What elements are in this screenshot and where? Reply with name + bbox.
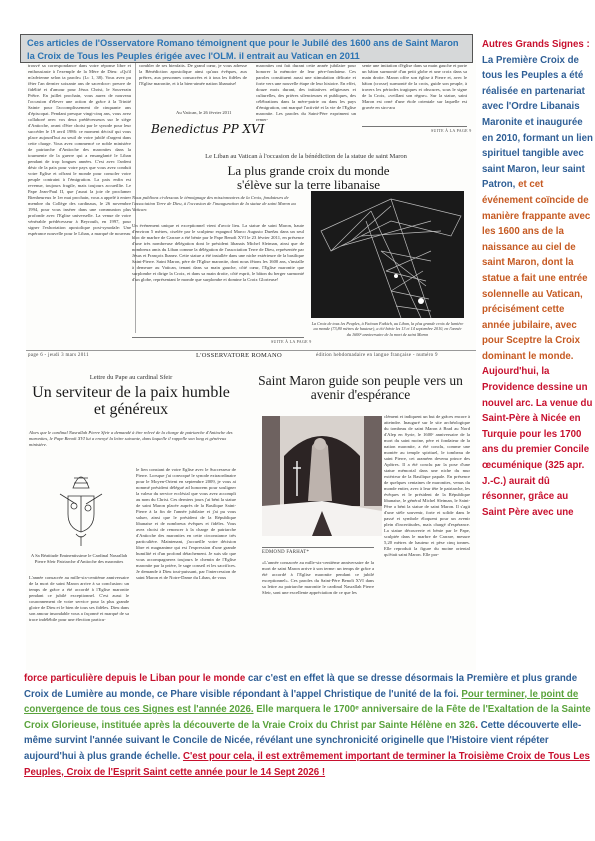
dateline: Au Vatican, le 26 février 2011	[176, 110, 256, 116]
bottom-text-red-start: force particulière depuis le Liban pour …	[24, 673, 245, 684]
sidebar-heading: Autres Grands Signes :	[482, 39, 590, 50]
banner-text: Ces articles de l'Osservatore Romano tém…	[27, 38, 459, 61]
letter-body-col1: L'année consacrée au mille-six-centième …	[29, 575, 129, 667]
photo-caption: La Croix de tous les Peuples, à Faitoun …	[311, 321, 464, 337]
article-headline: La plus grande croix du monde s'élève su…	[211, 164, 406, 191]
coat-of-arms-icon	[56, 466, 106, 550]
papal-signature: Benedictus PP XVI	[151, 122, 264, 136]
article-kicker: Lettre du Pape au cardinal Sfeir	[26, 374, 236, 381]
article-headline: Saint Maron guide son peuple vers un ave…	[248, 374, 473, 402]
article-intro: Nous publions ci-dessous le témoignage d…	[132, 195, 304, 221]
sidebar-commentary: Autres Grands Signes : La Première Croix…	[482, 37, 594, 520]
article-intro: Alors que le cardinal Nasrallah Pierre S…	[29, 430, 244, 448]
article-column-closing: combler de ses bienfaits. De grand cœur,…	[139, 63, 247, 95]
continued-note: SUITE À LA PAGE 9	[431, 128, 472, 133]
statue-image	[262, 416, 382, 536]
illuminated-cross-image	[311, 191, 464, 318]
sidebar-text-blue: La Première Croix de tous les Peuples a …	[482, 55, 593, 191]
article-body-col2: clément et indiquent un but de grâces en…	[384, 414, 470, 666]
newspaper-scan: trouvé sa correspondance dans votre répo…	[26, 60, 476, 670]
cross-of-peoples-photo	[311, 191, 464, 318]
sidebar-text-red: Aujourd'hui, la Providence dessine un no…	[482, 366, 592, 517]
papal-coat-of-arms	[56, 466, 106, 550]
saint-maron-statue-photo	[262, 416, 382, 536]
letter-addressee: A Sa Béatitude Eminentissime le Cardinal…	[29, 553, 129, 565]
article-author: EDMOND FARHAT*	[262, 550, 374, 556]
page-rule	[26, 350, 476, 351]
divider	[132, 337, 304, 338]
letter-body-col2: le lien constant de votre Eglise avec le…	[136, 467, 236, 667]
article-column-r1: maronites ont fait durant cette année ju…	[256, 63, 356, 129]
article-column-r2: sente une imitation d'église dans sa mai…	[362, 63, 467, 123]
bottom-paragraph: force particulière depuis le Liban pour …	[24, 671, 594, 780]
page-footer-left: page 6 - jeudi 3 mars 2011	[28, 353, 89, 358]
sidebar-text-orange: et cet événement coïncide de manière fra…	[482, 179, 590, 362]
divider	[262, 547, 374, 548]
article-headline: Un serviteur de la paix humble et génére…	[31, 385, 231, 419]
article-body: Un événement unique et exceptionnel vien…	[132, 223, 304, 335]
page-footer-masthead: L'OSSERVATORE ROMANO	[196, 352, 282, 359]
continued-note: SUITE À LA PAGE 9	[271, 339, 312, 344]
divider	[362, 126, 467, 127]
intro-banner: Ces articles de l'Osservatore Romano tém…	[20, 34, 473, 63]
page-footer-right: édition hebdomadaire en langue française…	[316, 353, 438, 358]
article-kicker: Le Liban au Vatican à l'occasion de la b…	[136, 153, 476, 160]
article-column-left: trouvé sa correspondance dans votre répo…	[28, 63, 131, 325]
article-body-col1: «L'année consacrée au mille-six-centième…	[262, 560, 374, 642]
